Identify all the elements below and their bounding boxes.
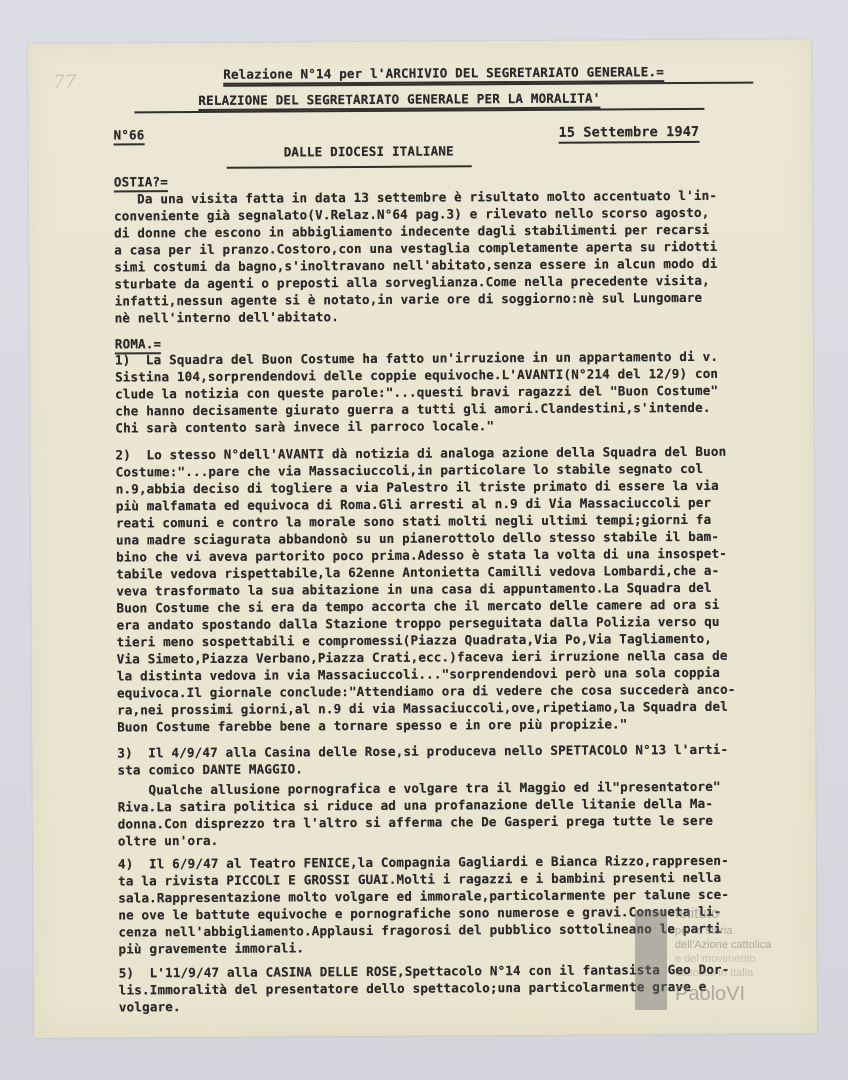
text-line: sala.Rappresentazione molto volgare ed i… bbox=[118, 889, 729, 905]
text-line: a casa per il pranzo.Costoro,con una ves… bbox=[114, 241, 717, 257]
text-line: volgare. bbox=[119, 1001, 181, 1014]
text-line: era andato spostando dalla Stazione trop… bbox=[117, 616, 720, 632]
section-ostia: OSTIA?= Da una visita fatta in data 13 s… bbox=[28, 39, 811, 44]
text-line: simi costumi da bagno,s'inoltravano nell… bbox=[114, 258, 717, 274]
text-line: che hanno decisamente giurato guerra a t… bbox=[115, 402, 710, 418]
text-line: la distinta vedova in via Massaciuccoli.… bbox=[117, 667, 720, 683]
text-line: Buon Costume che si era da tempo accorta… bbox=[116, 599, 719, 615]
text-line: Buon Costume farebbe bene a tornare spes… bbox=[117, 718, 627, 734]
text-line: bino che vi aveva partorito poco prima.A… bbox=[116, 548, 727, 564]
text-line: tieri meno sospettabili e compromessi(Pi… bbox=[117, 633, 712, 649]
text-line: ne ove le battute equivoche e pornografi… bbox=[118, 906, 721, 922]
text-line: Riva.La satira politica si riduce ad una… bbox=[118, 798, 713, 814]
text-line: più malfamata ed equivoca di Roma.Gli ar… bbox=[116, 497, 711, 513]
text-line: donna.Con disprezzo tra l'altro si affer… bbox=[118, 815, 713, 831]
text-line: lis.Immoralità del presentatore dello sp… bbox=[119, 981, 707, 997]
report-date: 15 Settembre 1947 bbox=[559, 126, 700, 143]
text-line: conveniente già segnalato(V.Relaz.N°64 p… bbox=[114, 207, 709, 223]
text-line: una madre sciagurata abbandonò su un pia… bbox=[116, 531, 719, 547]
text-line: Costume:"...pare che via Massaciuccoli,i… bbox=[116, 463, 704, 479]
roma-item-3: 3) Il 4/9/47 alla Casina delle Rose,si p… bbox=[28, 39, 811, 44]
text-line: cenza nell'abbigliamento.Applausi fragor… bbox=[118, 923, 721, 939]
text-line: Sistina 104,sorprendendovi delle coppie … bbox=[115, 368, 718, 384]
document-page: 77 Relazione N°14 per l'ARCHIVIO DEL SEG… bbox=[28, 39, 817, 1038]
section-heading-ostia: OSTIA?= bbox=[114, 176, 168, 192]
text-line: 5) L'11/9/47 alla CASINA DELLE ROSE,Spet… bbox=[119, 964, 730, 980]
text-line: Chi sarà contento sarà invece il parroco… bbox=[115, 420, 494, 435]
text-line: ra,nei prossimi giorni,al n.9 di via Mas… bbox=[117, 701, 728, 717]
text-line: nè nell'interno dell'abitato. bbox=[115, 311, 339, 325]
text-line: equivoca.Il giornale conclude:"Attendiam… bbox=[117, 684, 736, 700]
text-line: tabile vedova rispettabile,la 62enne Ant… bbox=[116, 565, 719, 581]
subtitle-underline bbox=[227, 165, 472, 168]
text-line: oltre un'ora. bbox=[118, 835, 219, 848]
text-line: n.9,abbia deciso di togliere a via Pales… bbox=[116, 480, 719, 496]
text-line: ta la rivista PICCOLI E GROSSI GUAI.Molt… bbox=[118, 872, 721, 888]
text-line: clude la notizia con queste parole:"...q… bbox=[115, 385, 718, 401]
text-line: di donne che escono in abbigliamento ind… bbox=[114, 224, 709, 240]
text-line: più gravemente immorali. bbox=[118, 942, 304, 956]
section-roma: ROMA.= 1) La Squadra del Buon Costume ha… bbox=[28, 39, 811, 44]
text-line: infatti,nessun agente si è notato,in var… bbox=[115, 292, 703, 308]
roma-item-2: 2) Lo stesso N°dell'AVANTI dà notizia di… bbox=[28, 39, 811, 44]
text-line: 4) Il 6/9/47 al Teatro FENICE,la Compagn… bbox=[118, 855, 729, 871]
text-line: Da una visita fatta in data 13 settembre… bbox=[114, 190, 717, 206]
report-number: N°66 bbox=[114, 129, 145, 145]
text-line: reati comuni e contro la morale sono sta… bbox=[116, 514, 711, 530]
roma-item-4: 4) Il 6/9/47 al Teatro FENICE,la Compagn… bbox=[28, 39, 811, 44]
pencil-mark: 77 bbox=[53, 72, 87, 94]
text-line: 2) Lo stesso N°dell'AVANTI dà notizia di… bbox=[115, 446, 726, 462]
report-title: RELAZIONE DEL SEGRETARIATO GENERALE PER … bbox=[198, 93, 600, 111]
roma-item-5: 5) L'11/9/47 alla CASINA DELLE ROSE,Spet… bbox=[28, 39, 811, 44]
text-line: sturbate da agenti o preposti alla sorve… bbox=[114, 275, 709, 291]
text-line: veva trasformato la sua abitazione in un… bbox=[116, 582, 711, 598]
text-line: Qualche allusione pornografica e volgare… bbox=[118, 781, 721, 797]
roma-item-1: 1) La Squadra del Buon Costume ha fatto … bbox=[28, 39, 811, 44]
section-subtitle: DALLE DIOCESI ITALIANE bbox=[284, 145, 454, 159]
text-line: 1) La Squadra del Buon Costume ha fatto … bbox=[115, 351, 718, 367]
text-line: Via Simeto,Piazza Verbano,Piazza Crati,e… bbox=[117, 650, 728, 666]
text-line: 3) Il 4/9/47 alla Casina delle Rose,si p… bbox=[117, 744, 728, 760]
text-line: sta comico DANTE MAGGIO. bbox=[117, 763, 303, 777]
